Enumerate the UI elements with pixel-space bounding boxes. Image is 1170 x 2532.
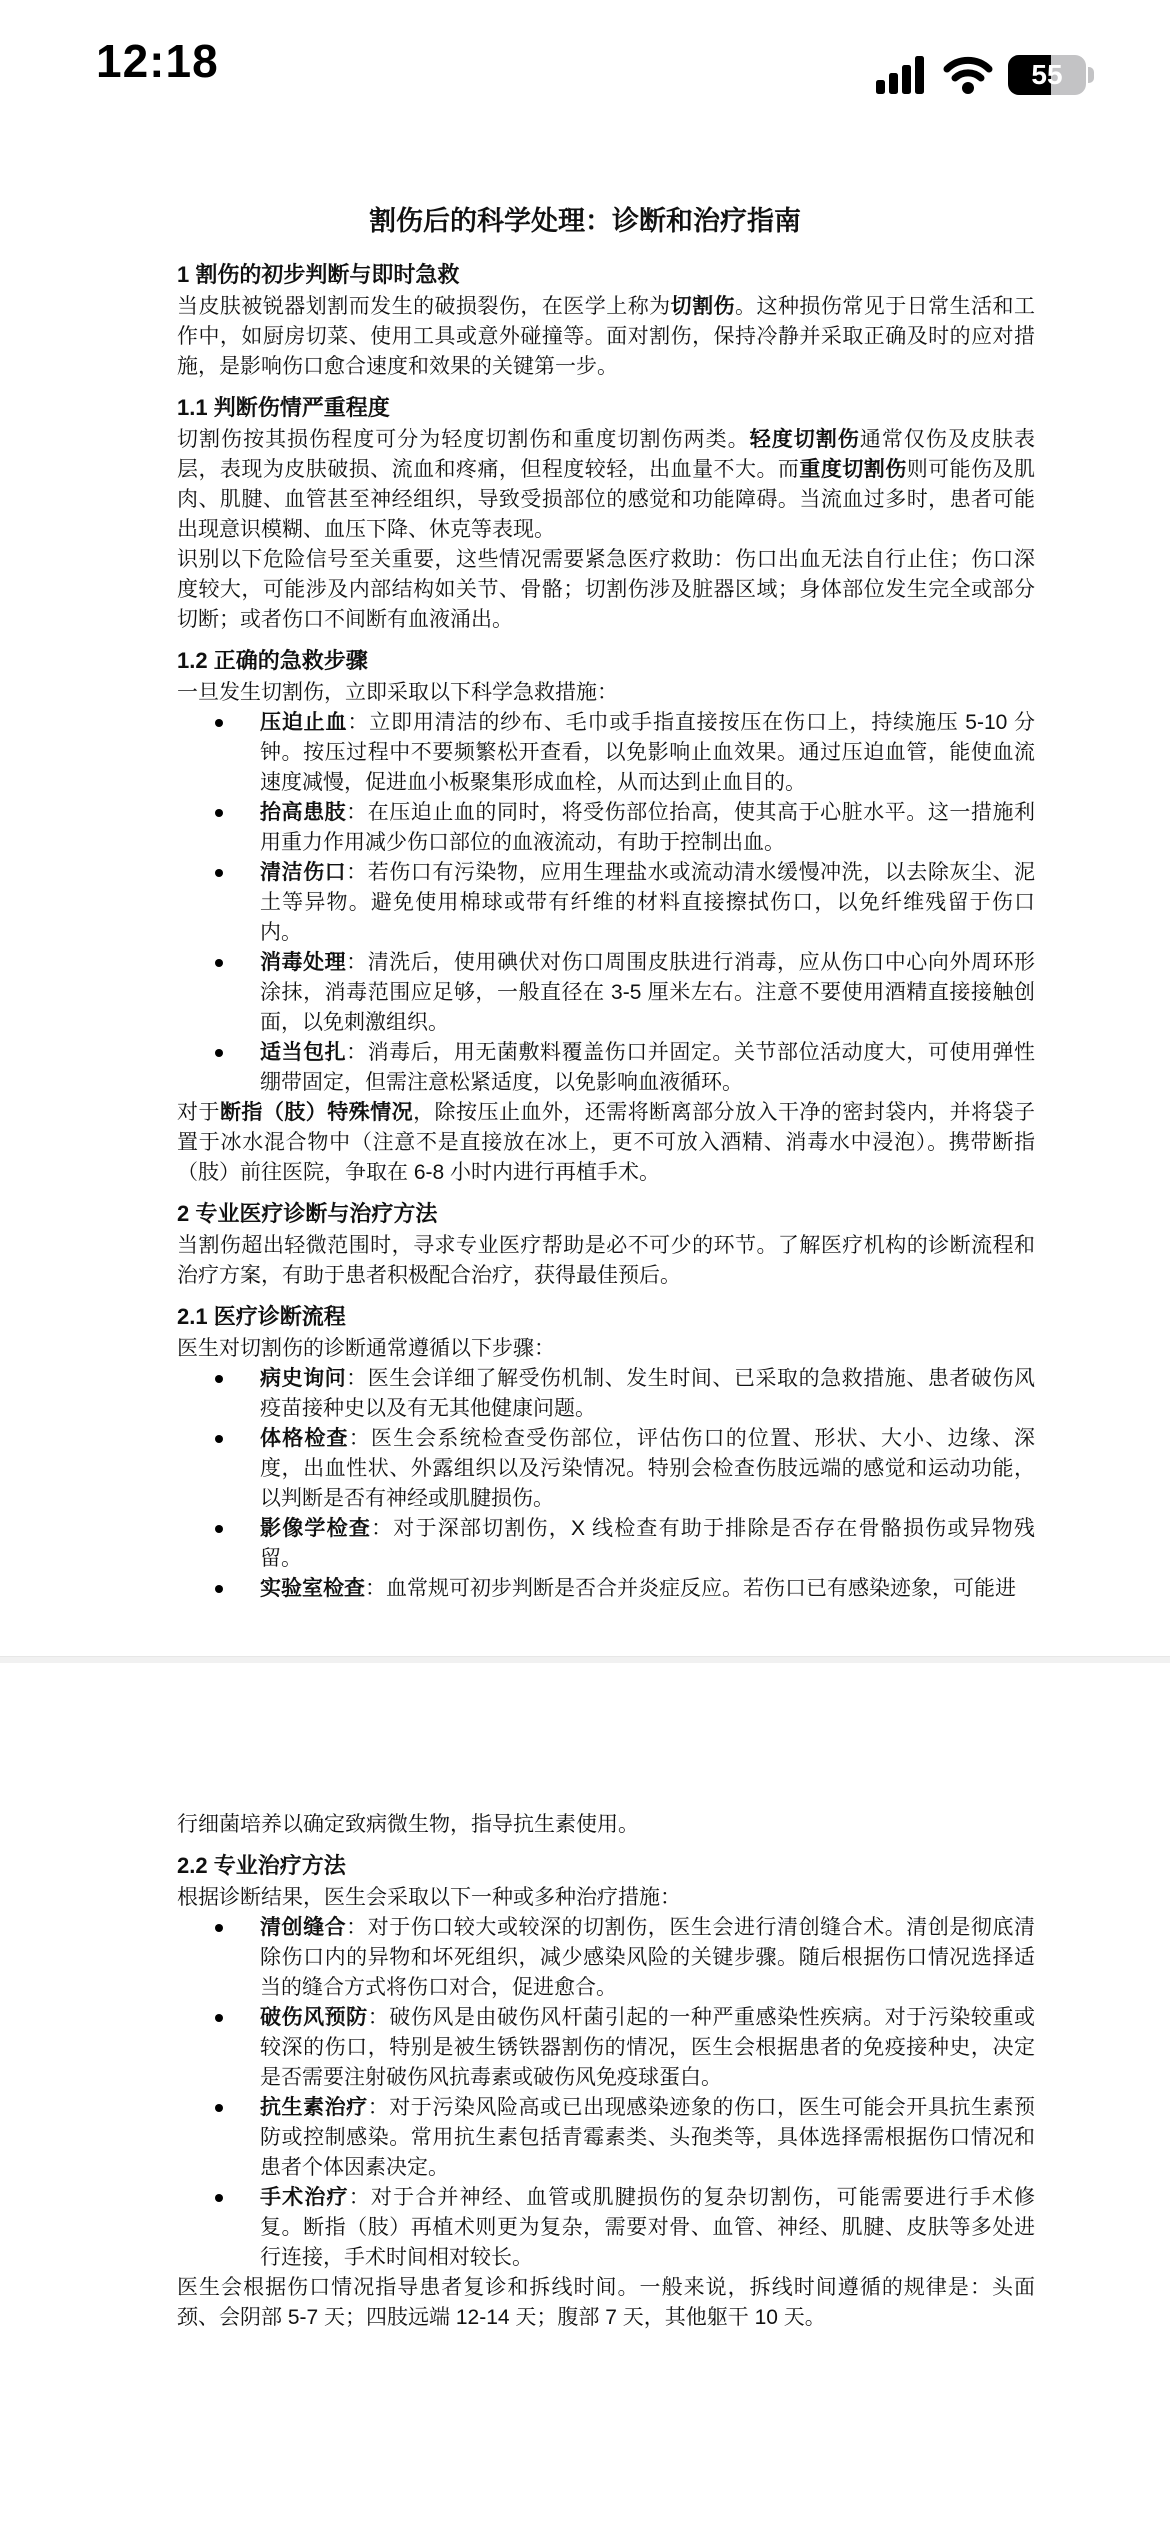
list-text: ：立即用清洁的纱布、毛巾或手指直接按压在伤口上，持续施压 5-10 分钟。按压过… [260,711,1035,794]
paragraph-diagnosis-intro: 医生对切割伤的诊断通常遵循以下步骤： [177,1334,1035,1364]
paragraph-professional-intro: 当割伤超出轻微范围时，寻求专业医疗帮助是必不可少的环节。了解医疗机构的诊断流程和… [177,1231,1035,1291]
list-term: 影像学检查 [260,1517,371,1540]
bullet-icon [215,2194,223,2202]
diagnosis-list: 病史询问：医生会详细了解受伤机制、发生时间、已采取的急救措施、患者破伤风疫苗接种… [177,1364,1035,1604]
battery-icon: 55 [1008,55,1094,95]
heading-1: 1 割伤的初步判断与即时急救 [177,259,1035,290]
status-time: 12:18 [96,34,219,88]
bullet-icon [215,959,223,967]
list-text: ：医生会详细了解受伤机制、发生时间、已采取的急救措施、患者破伤风疫苗接种史以及有… [260,1367,1035,1420]
heading-1-2: 1.2 正确的急救步骤 [177,645,1035,676]
heading-1-1: 1.1 判断伤情严重程度 [177,392,1035,423]
list-term: 破伤风预防 [260,2006,368,2029]
list-item: 体格检查：医生会系统检查受伤部位，评估伤口的位置、形状、大小、边缘、深度，出血性… [177,1424,1035,1514]
list-term: 适当包扎 [260,1041,346,1064]
list-text: ：若伤口有污染物，应用生理盐水或流动清水缓慢冲洗，以去除灰尘、泥土等异物。避免使… [260,861,1035,944]
battery-cap [1088,67,1094,83]
battery-percentage: 55 [1008,55,1086,95]
list-term: 抗生素治疗 [260,2096,368,2119]
list-item: 破伤风预防：破伤风是由破伤风杆菌引起的一种严重感染性疾病。对于污染较重或较深的伤… [177,2003,1035,2093]
page-separator [0,1656,1170,1663]
page-1-text: 割伤后的科学处理：诊断和治疗指南 1 割伤的初步判断与即时急救 当皮肤被锐器划割… [0,0,1170,1604]
bullet-icon [215,1924,223,1932]
doc-title: 割伤后的科学处理：诊断和治疗指南 [0,203,1170,239]
list-term: 实验室检查 [260,1577,365,1600]
paragraph-intro: 当皮肤被锐器划割而发生的破损裂伤，在医学上称为切割伤。这种损伤常见于日常生活和工… [177,292,1035,382]
bullet-icon [215,719,223,727]
list-item: 抗生素治疗：对于污染风险高或已出现感染迹象的伤口，医生可能会开具抗生素预防或控制… [177,2093,1035,2183]
paragraph-severity: 切割伤按其损伤程度可分为轻度切割伤和重度切割伤两类。轻度切割伤通常仅伤及皮肤表层… [177,425,1035,545]
bold-term: 断指（肢）特殊情况 [220,1101,413,1124]
page-2-text: 行细菌培养以确定致病微生物，指导抗生素使用。 2.2 专业治疗方法 根据诊断结果… [0,1663,1170,2333]
bullet-icon [215,1585,223,1593]
paragraph-treatment-intro: 根据诊断结果，医生会采取以下一种或多种治疗措施： [177,1883,1035,1913]
treatment-list: 清创缝合：对于伤口较大或较深的切割伤，医生会进行清创缝合术。清创是彻底清除伤口内… [177,1913,1035,2273]
paragraph-followup: 医生会根据伤口情况指导患者复诊和拆线时间。一般来说，拆线时间遵循的规律是：头面颈… [177,2273,1035,2333]
list-item: 影像学检查：对于深部切割伤，X 线检查有助于排除是否存在骨骼损伤或异物残留。 [177,1514,1035,1574]
paragraph-steps-intro: 一旦发生切割伤，立即采取以下科学急救措施： [177,678,1035,708]
list-item: 适当包扎：消毒后，用无菌敷料覆盖伤口并固定。关节部位活动度大，可使用弹性绷带固定… [177,1038,1035,1098]
list-text: ：血常规可初步判断是否合并炎症反应。若伤口已有感染迹象，可能进 [365,1577,1016,1600]
status-icons: 55 [876,54,1094,96]
bullet-icon [215,2104,223,2112]
bold-term: 重度切割伤 [799,458,906,481]
heading-2-2: 2.2 专业治疗方法 [177,1850,1035,1881]
list-item: 抬高患肢：在压迫止血的同时，将受伤部位抬高，使其高于心脏水平。这一措施利用重力作… [177,798,1035,858]
list-item: 手术治疗：对于合并神经、血管或肌腱损伤的复杂切割伤，可能需要进行手术修复。断指（… [177,2183,1035,2273]
list-term: 消毒处理 [260,951,346,974]
bullet-icon [215,1375,223,1383]
list-item: 实验室检查：血常规可初步判断是否合并炎症反应。若伤口已有感染迹象，可能进 [177,1574,1035,1604]
list-text: ：对于污染风险高或已出现感染迹象的伤口，医生可能会开具抗生素预防或控制感染。常用… [260,2096,1035,2179]
wifi-icon [943,56,993,94]
paragraph-amputation: 对于断指（肢）特殊情况，除按压止血外，还需将断离部分放入干净的密封袋内，并将袋子… [177,1098,1035,1188]
bullet-icon [215,1049,223,1057]
bold-term: 轻度切割伤 [750,428,860,451]
list-text: ：破伤风是由破伤风杆菌引起的一种严重感染性疾病。对于污染较重或较深的伤口，特别是… [260,2006,1035,2089]
list-term: 抬高患肢 [260,801,346,824]
heading-2: 2 专业医疗诊断与治疗方法 [177,1198,1035,1229]
bold-term: 切割伤 [671,295,735,318]
paragraph-danger-signs: 识别以下危险信号至关重要，这些情况需要紧急医疗救助：伤口出血无法自行止住；伤口深… [177,545,1035,635]
list-text: ：消毒后，用无菌敷料覆盖伤口并固定。关节部位活动度大，可使用弹性绷带固定，但需注… [260,1041,1035,1094]
list-item: 消毒处理：清洗后，使用碘伏对伤口周围皮肤进行消毒，应从伤口中心向外周环形涂抹，消… [177,948,1035,1038]
list-item: 清创缝合：对于伤口较大或较深的切割伤，医生会进行清创缝合术。清创是彻底清除伤口内… [177,1913,1035,2003]
list-term: 体格检查 [260,1427,349,1450]
list-text: ：清洗后，使用碘伏对伤口周围皮肤进行消毒，应从伤口中心向外周环形涂抹，消毒范围应… [260,951,1035,1034]
first-aid-list: 压迫止血：立即用清洁的纱布、毛巾或手指直接按压在伤口上，持续施压 5-10 分钟… [177,708,1035,1098]
bullet-icon [215,809,223,817]
cellular-signal-icon [876,56,928,94]
bullet-icon [215,1435,223,1443]
status-bar: 12:18 55 [0,0,1170,100]
list-text: ：在压迫止血的同时，将受伤部位抬高，使其高于心脏水平。这一措施利用重力作用减少伤… [260,801,1035,854]
list-text: ：医生会系统检查受伤部位，评估伤口的位置、形状、大小、边缘、深度，出血性状、外露… [260,1427,1035,1510]
list-term: 清创缝合 [260,1916,346,1939]
bullet-icon [215,2014,223,2022]
list-text: ：对于深部切割伤，X 线检查有助于排除是否存在骨骼损伤或异物残留。 [260,1517,1035,1570]
document-page-1[interactable]: 割伤后的科学处理：诊断和治疗指南 1 割伤的初步判断与即时急救 当皮肤被锐器划割… [0,0,1170,1656]
list-item: 清洁伤口：若伤口有污染物，应用生理盐水或流动清水缓慢冲洗，以去除灰尘、泥土等异物… [177,858,1035,948]
document-page-2[interactable]: 行细菌培养以确定致病微生物，指导抗生素使用。 2.2 专业治疗方法 根据诊断结果… [0,1663,1170,2532]
heading-2-1: 2.1 医疗诊断流程 [177,1301,1035,1332]
list-item: 压迫止血：立即用清洁的纱布、毛巾或手指直接按压在伤口上，持续施压 5-10 分钟… [177,708,1035,798]
list-term: 压迫止血 [260,711,347,734]
paragraph-lab-continuation: 行细菌培养以确定致病微生物，指导抗生素使用。 [177,1810,1035,1840]
list-term: 病史询问 [260,1367,346,1390]
bullet-icon [215,1525,223,1533]
list-term: 清洁伤口 [260,861,346,884]
list-text: ：对于合并神经、血管或肌腱损伤的复杂切割伤，可能需要进行手术修复。断指（肢）再植… [260,2186,1035,2269]
list-item: 病史询问：医生会详细了解受伤机制、发生时间、已采取的急救措施、患者破伤风疫苗接种… [177,1364,1035,1424]
list-term: 手术治疗 [260,2186,349,2209]
bullet-icon [215,869,223,877]
list-text: ：对于伤口较大或较深的切割伤，医生会进行清创缝合术。清创是彻底清除伤口内的异物和… [260,1916,1035,1999]
